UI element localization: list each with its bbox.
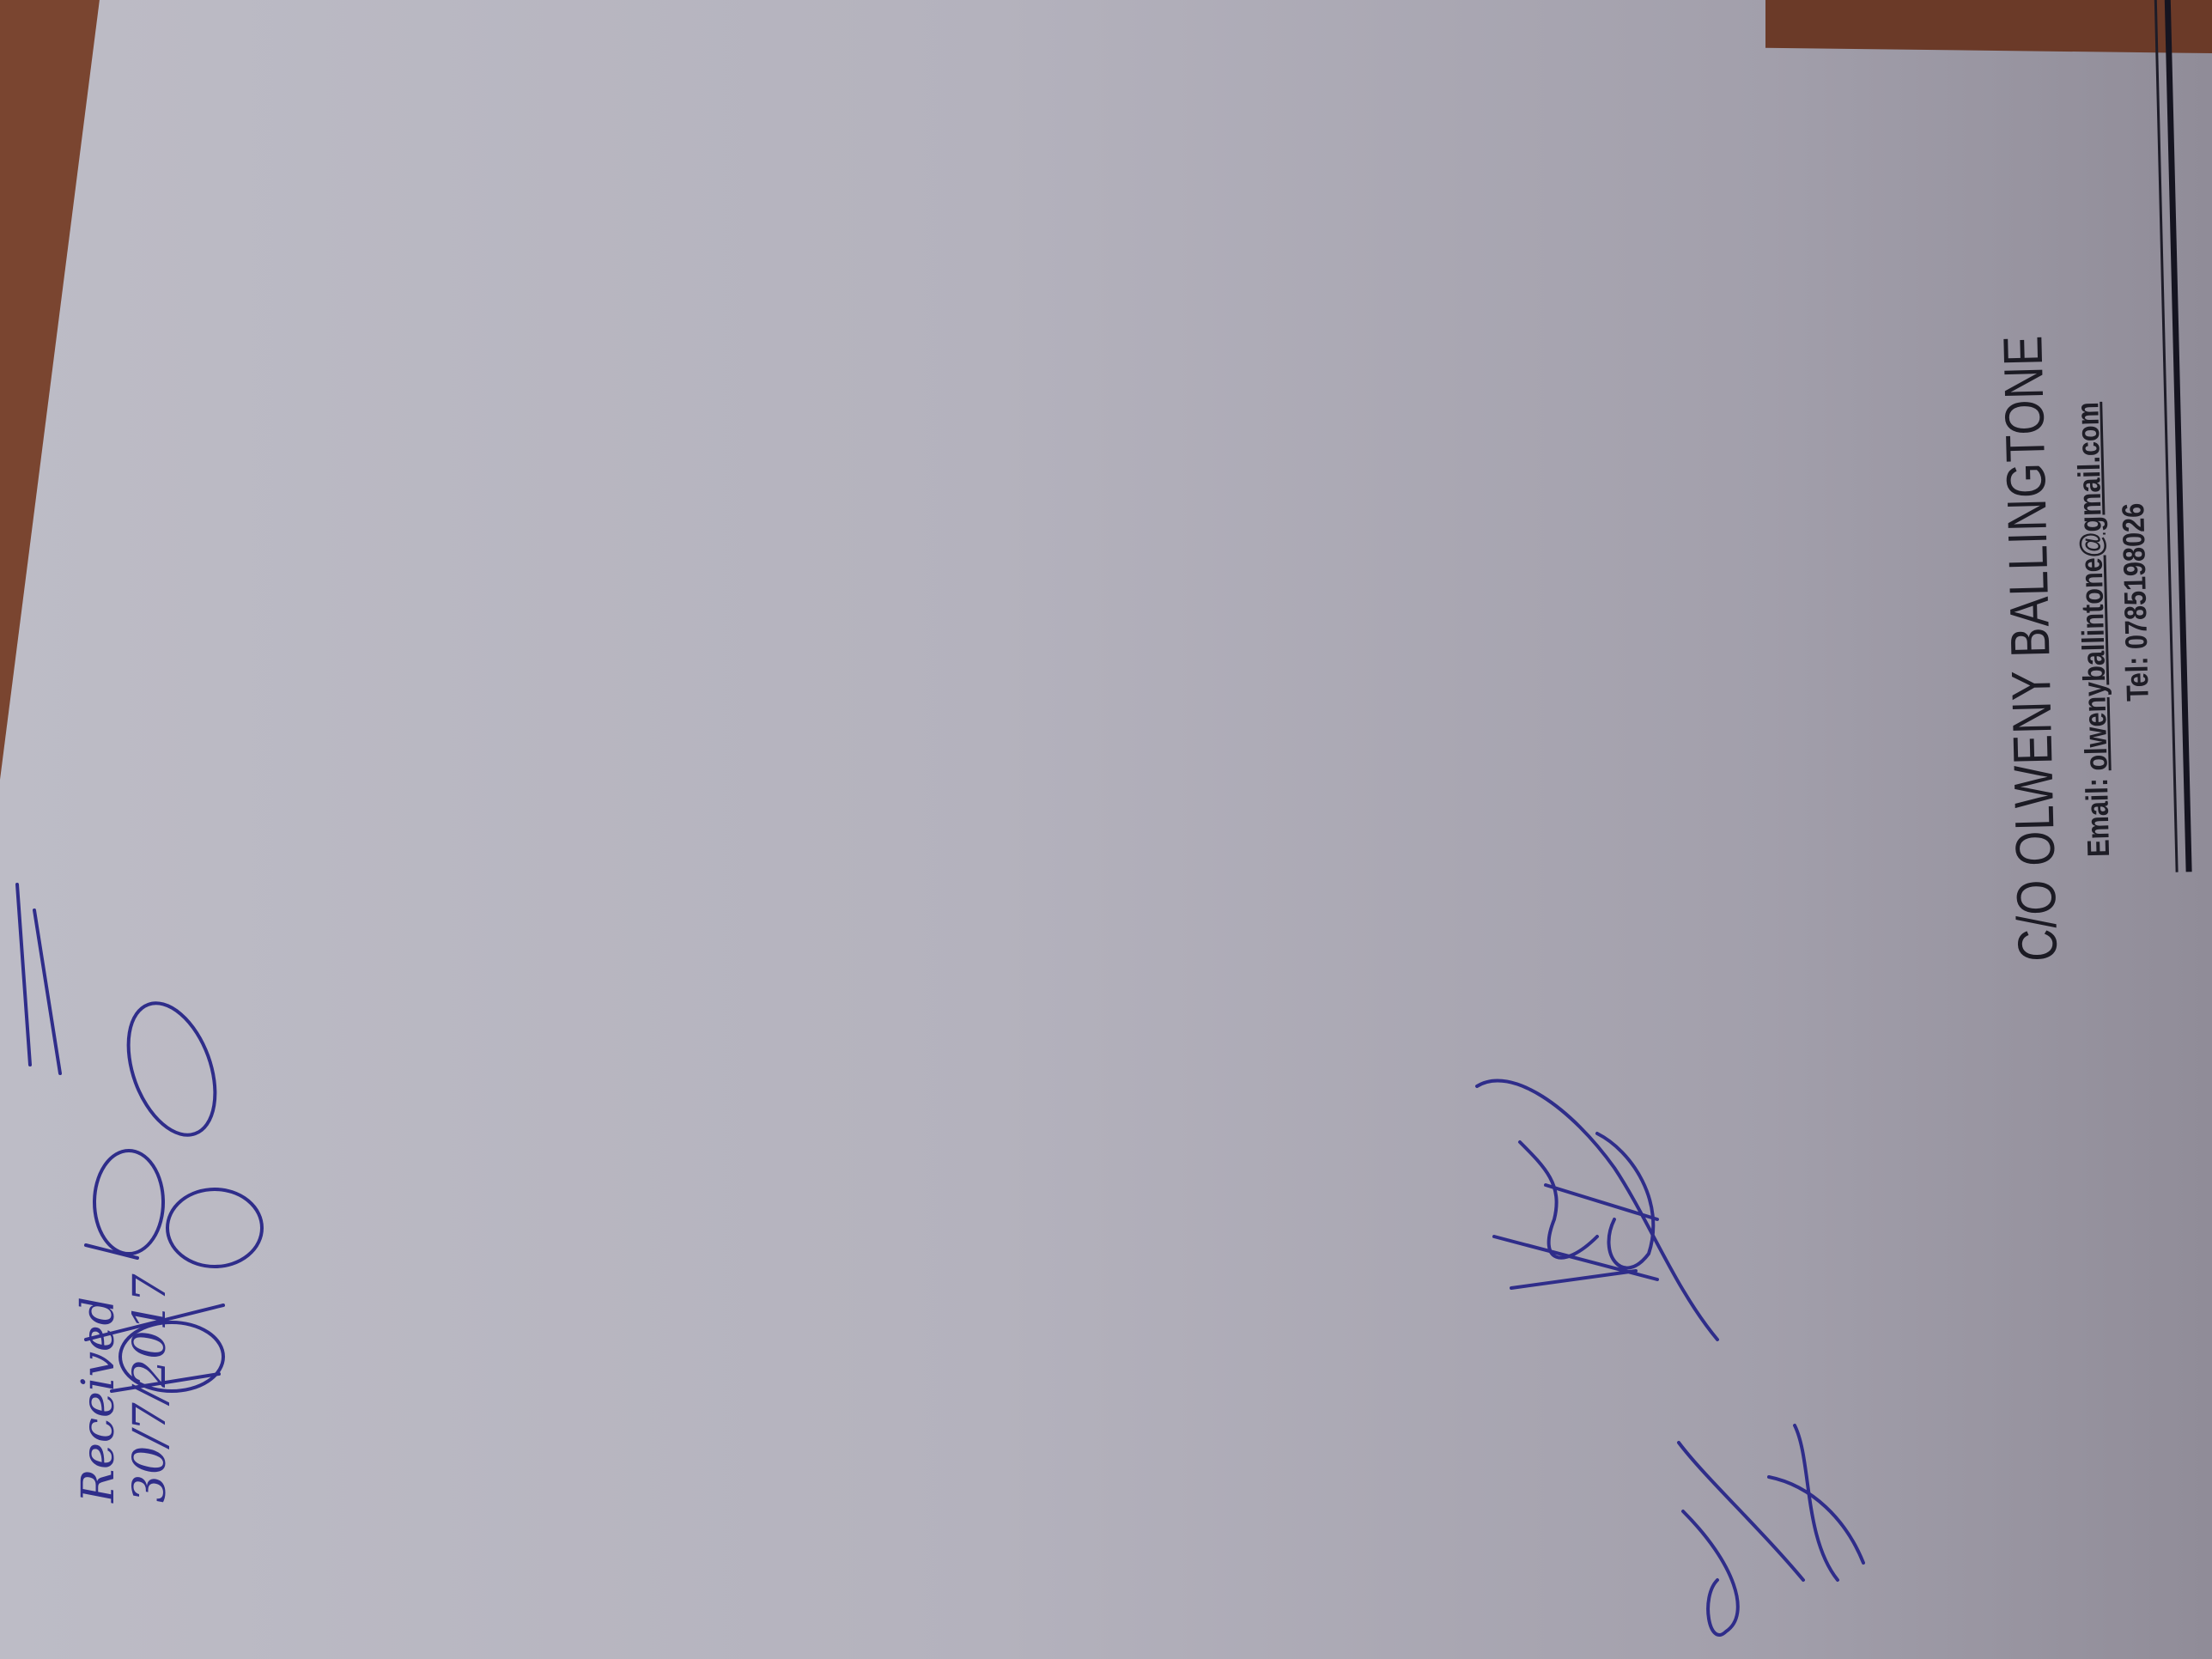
tel-number: 0785198026 [2115,502,2154,649]
letterhead-name: C/O OLWENY BALLINGTONE [1990,334,2069,962]
email-address[interactable]: olwenyballintone@gmail.com [2069,402,2113,771]
letterhead-tel: Tel: 0785198026 [2115,502,2156,702]
email-label: Email: [2079,778,2116,858]
letter: C/O OLWENY BALLINGTONE Email: olwenyball… [1115,0,2212,1636]
letterhead-rule-thick [2164,0,2192,872]
tel-label: Tel: [2118,656,2154,702]
letterhead-email: Email: olwenyballintone@gmail.com [2069,402,2117,858]
received-annotation: Received 30/7/2017 [73,1056,228,1503]
